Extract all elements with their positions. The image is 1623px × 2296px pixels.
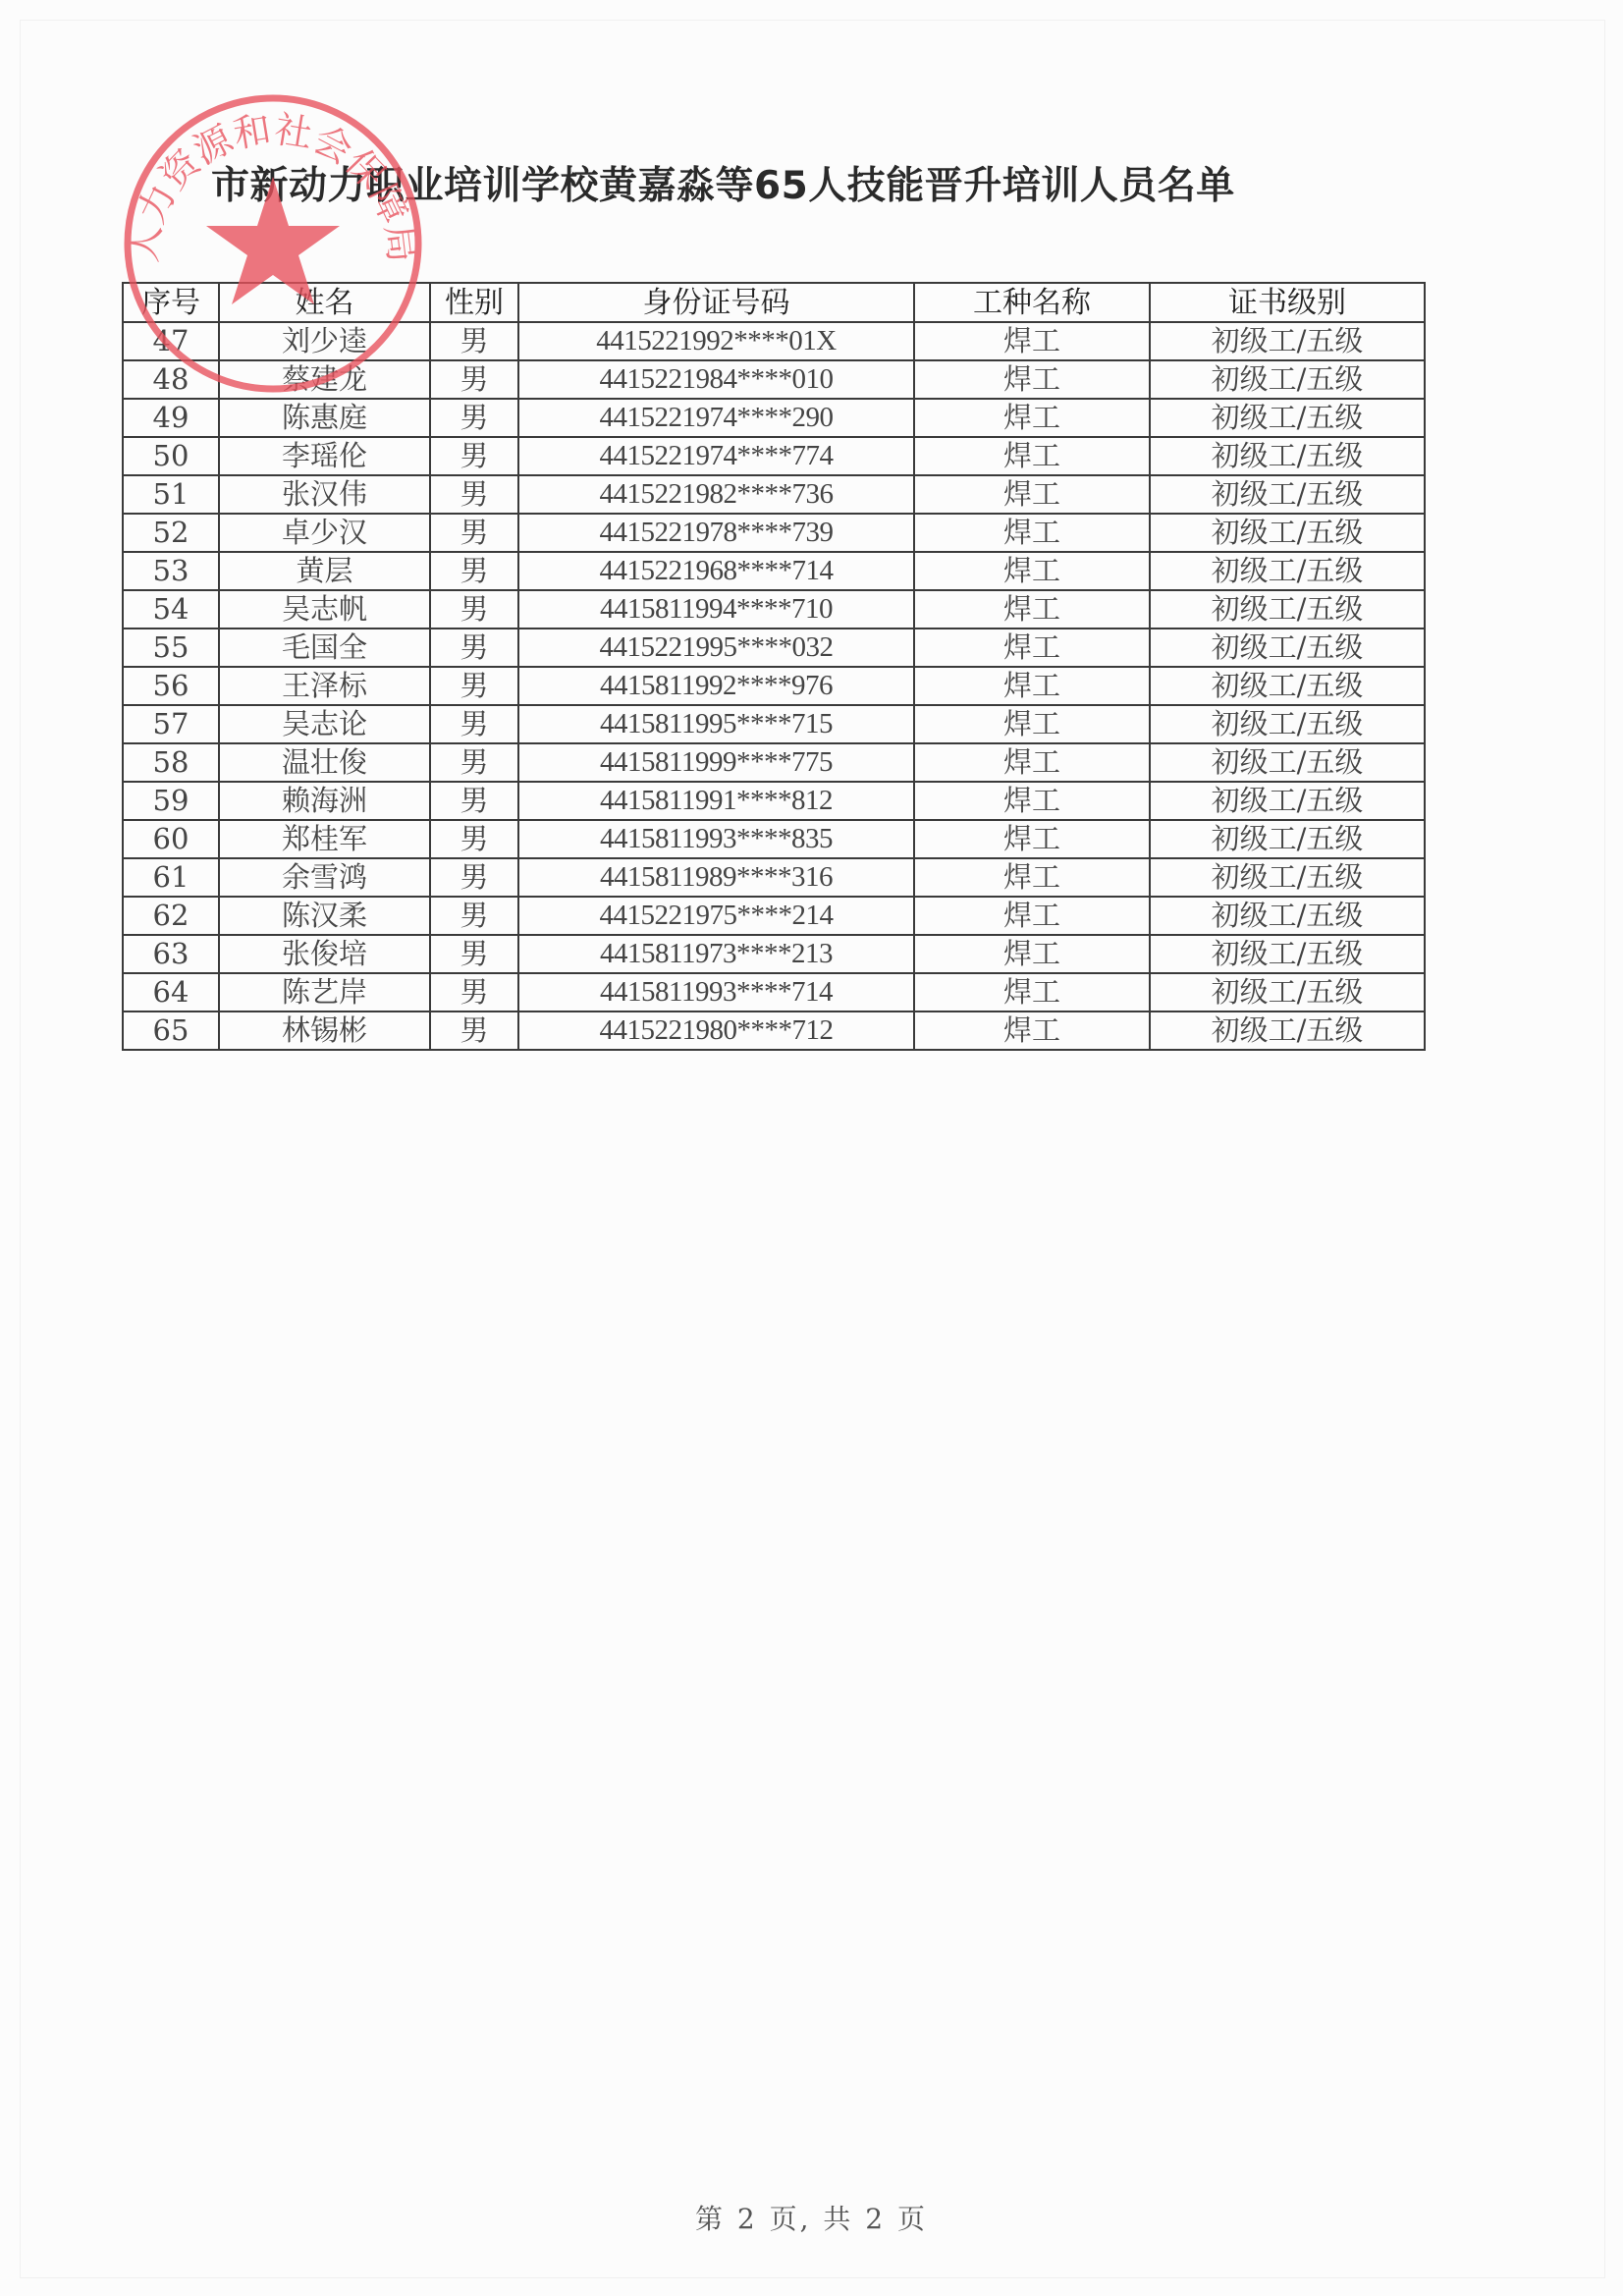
cell-name: 郑桂军 — [219, 820, 430, 858]
cell-seq: 59 — [123, 782, 219, 820]
cell-id-number: 4415811991****812 — [518, 782, 914, 820]
table-row: 60郑桂军男4415811993****835焊工初级工/五级 — [123, 820, 1425, 858]
cell-trade: 焊工 — [914, 935, 1150, 973]
cell-trade: 焊工 — [914, 1011, 1150, 1050]
cell-id-number: 4415221978****739 — [518, 514, 914, 552]
cell-trade: 焊工 — [914, 973, 1150, 1011]
cell-seq: 47 — [123, 322, 219, 360]
cell-trade: 焊工 — [914, 399, 1150, 437]
cell-cert-level: 初级工/五级 — [1150, 399, 1425, 437]
cell-seq: 53 — [123, 552, 219, 590]
table-row: 63张俊培男4415811973****213焊工初级工/五级 — [123, 935, 1425, 973]
cell-trade: 焊工 — [914, 360, 1150, 399]
table-row: 56王泽标男4415811992****976焊工初级工/五级 — [123, 667, 1425, 705]
cell-gender: 男 — [430, 399, 518, 437]
cell-name: 卓少汉 — [219, 514, 430, 552]
cell-cert-level: 初级工/五级 — [1150, 360, 1425, 399]
page-footer: 第 2 页, 共 2 页 — [0, 2198, 1623, 2237]
cell-seq: 49 — [123, 399, 219, 437]
table-row: 61余雪鸿男4415811989****316焊工初级工/五级 — [123, 858, 1425, 897]
header-trade: 工种名称 — [914, 283, 1150, 322]
cell-gender: 男 — [430, 590, 518, 629]
cell-gender: 男 — [430, 973, 518, 1011]
cell-trade: 焊工 — [914, 629, 1150, 667]
cell-name: 温壮俊 — [219, 743, 430, 782]
cell-cert-level: 初级工/五级 — [1150, 552, 1425, 590]
cell-name: 余雪鸿 — [219, 858, 430, 897]
cell-seq: 58 — [123, 743, 219, 782]
cell-seq: 61 — [123, 858, 219, 897]
cell-id-number: 4415221975****214 — [518, 897, 914, 935]
cell-id-number: 4415221982****736 — [518, 475, 914, 514]
cell-cert-level: 初级工/五级 — [1150, 973, 1425, 1011]
cell-id-number: 4415811999****775 — [518, 743, 914, 782]
cell-seq: 56 — [123, 667, 219, 705]
cell-name: 张俊培 — [219, 935, 430, 973]
header-id-number: 身份证号码 — [518, 283, 914, 322]
cell-cert-level: 初级工/五级 — [1150, 514, 1425, 552]
cell-trade: 焊工 — [914, 782, 1150, 820]
table-row: 55毛国全男4415221995****032焊工初级工/五级 — [123, 629, 1425, 667]
cell-id-number: 4415811993****835 — [518, 820, 914, 858]
cell-seq: 63 — [123, 935, 219, 973]
cell-seq: 57 — [123, 705, 219, 743]
cell-seq: 55 — [123, 629, 219, 667]
cell-name: 毛国全 — [219, 629, 430, 667]
cell-gender: 男 — [430, 437, 518, 475]
cell-cert-level: 初级工/五级 — [1150, 437, 1425, 475]
cell-gender: 男 — [430, 897, 518, 935]
cell-seq: 62 — [123, 897, 219, 935]
table-header-row: 序号 姓名 性别 身份证号码 工种名称 证书级别 — [123, 283, 1425, 322]
cell-id-number: 4415811992****976 — [518, 667, 914, 705]
header-cert-level: 证书级别 — [1150, 283, 1425, 322]
cell-trade: 焊工 — [914, 552, 1150, 590]
header-gender: 性别 — [430, 283, 518, 322]
cell-trade: 焊工 — [914, 437, 1150, 475]
table-row: 47刘少逵男4415221992****01X焊工初级工/五级 — [123, 322, 1425, 360]
table-body: 47刘少逵男4415221992****01X焊工初级工/五级48蔡建龙男441… — [123, 322, 1425, 1050]
header-name: 姓名 — [219, 283, 430, 322]
cell-id-number: 4415221980****712 — [518, 1011, 914, 1050]
cell-seq: 51 — [123, 475, 219, 514]
cell-seq: 52 — [123, 514, 219, 552]
cell-trade: 焊工 — [914, 743, 1150, 782]
cell-gender: 男 — [430, 360, 518, 399]
cell-gender: 男 — [430, 1011, 518, 1050]
cell-name: 黄层 — [219, 552, 430, 590]
cell-id-number: 4415221974****290 — [518, 399, 914, 437]
table-row: 54吴志帆男4415811994****710焊工初级工/五级 — [123, 590, 1425, 629]
cell-seq: 64 — [123, 973, 219, 1011]
cell-gender: 男 — [430, 935, 518, 973]
table-row: 53黄层男4415221968****714焊工初级工/五级 — [123, 552, 1425, 590]
cell-cert-level: 初级工/五级 — [1150, 322, 1425, 360]
cell-name: 林锡彬 — [219, 1011, 430, 1050]
cell-trade: 焊工 — [914, 820, 1150, 858]
cell-cert-level: 初级工/五级 — [1150, 705, 1425, 743]
cell-cert-level: 初级工/五级 — [1150, 475, 1425, 514]
cell-trade: 焊工 — [914, 590, 1150, 629]
cell-name: 陈汉柔 — [219, 897, 430, 935]
cell-id-number: 4415221974****774 — [518, 437, 914, 475]
table-row: 49陈惠庭男4415221974****290焊工初级工/五级 — [123, 399, 1425, 437]
table-row: 52卓少汉男4415221978****739焊工初级工/五级 — [123, 514, 1425, 552]
cell-cert-level: 初级工/五级 — [1150, 743, 1425, 782]
table-row: 64陈艺岸男4415811993****714焊工初级工/五级 — [123, 973, 1425, 1011]
cell-name: 张汉伟 — [219, 475, 430, 514]
cell-cert-level: 初级工/五级 — [1150, 629, 1425, 667]
document-title: 市新动力职业培训学校黄嘉淼等65人技能晋升培训人员名单 — [211, 155, 1235, 210]
cell-id-number: 4415221968****714 — [518, 552, 914, 590]
cell-id-number: 4415811993****714 — [518, 973, 914, 1011]
table-row: 58温壮俊男4415811999****775焊工初级工/五级 — [123, 743, 1425, 782]
header-seq: 序号 — [123, 283, 219, 322]
cell-name: 李瑶伦 — [219, 437, 430, 475]
cell-cert-level: 初级工/五级 — [1150, 897, 1425, 935]
cell-cert-level: 初级工/五级 — [1150, 935, 1425, 973]
table-row: 65林锡彬男4415221980****712焊工初级工/五级 — [123, 1011, 1425, 1050]
cell-trade: 焊工 — [914, 705, 1150, 743]
trainee-roster-table: 序号 姓名 性别 身份证号码 工种名称 证书级别 47刘少逵男441522199… — [122, 282, 1426, 1051]
cell-name: 吴志论 — [219, 705, 430, 743]
cell-trade: 焊工 — [914, 858, 1150, 897]
cell-trade: 焊工 — [914, 514, 1150, 552]
cell-trade: 焊工 — [914, 897, 1150, 935]
cell-name: 刘少逵 — [219, 322, 430, 360]
cell-id-number: 4415811994****710 — [518, 590, 914, 629]
cell-seq: 60 — [123, 820, 219, 858]
cell-id-number: 4415811989****316 — [518, 858, 914, 897]
cell-gender: 男 — [430, 552, 518, 590]
cell-trade: 焊工 — [914, 475, 1150, 514]
table-row: 62陈汉柔男4415221975****214焊工初级工/五级 — [123, 897, 1425, 935]
cell-gender: 男 — [430, 475, 518, 514]
cell-cert-level: 初级工/五级 — [1150, 820, 1425, 858]
cell-name: 王泽标 — [219, 667, 430, 705]
cell-seq: 48 — [123, 360, 219, 399]
cell-id-number: 4415221995****032 — [518, 629, 914, 667]
cell-gender: 男 — [430, 705, 518, 743]
cell-id-number: 4415811995****715 — [518, 705, 914, 743]
cell-id-number: 4415221984****010 — [518, 360, 914, 399]
cell-seq: 65 — [123, 1011, 219, 1050]
cell-name: 吴志帆 — [219, 590, 430, 629]
cell-gender: 男 — [430, 629, 518, 667]
cell-seq: 50 — [123, 437, 219, 475]
cell-seq: 54 — [123, 590, 219, 629]
cell-id-number: 4415221992****01X — [518, 322, 914, 360]
cell-name: 赖海洲 — [219, 782, 430, 820]
cell-cert-level: 初级工/五级 — [1150, 858, 1425, 897]
cell-id-number: 4415811973****213 — [518, 935, 914, 973]
cell-gender: 男 — [430, 514, 518, 552]
cell-cert-level: 初级工/五级 — [1150, 1011, 1425, 1050]
cell-gender: 男 — [430, 782, 518, 820]
cell-name: 蔡建龙 — [219, 360, 430, 399]
table-row: 51张汉伟男4415221982****736焊工初级工/五级 — [123, 475, 1425, 514]
cell-trade: 焊工 — [914, 667, 1150, 705]
cell-trade: 焊工 — [914, 322, 1150, 360]
cell-name: 陈惠庭 — [219, 399, 430, 437]
cell-cert-level: 初级工/五级 — [1150, 667, 1425, 705]
table-row: 57吴志论男4415811995****715焊工初级工/五级 — [123, 705, 1425, 743]
cell-gender: 男 — [430, 820, 518, 858]
cell-gender: 男 — [430, 858, 518, 897]
cell-gender: 男 — [430, 667, 518, 705]
cell-cert-level: 初级工/五级 — [1150, 590, 1425, 629]
table-row: 48蔡建龙男4415221984****010焊工初级工/五级 — [123, 360, 1425, 399]
table-row: 50李瑶伦男4415221974****774焊工初级工/五级 — [123, 437, 1425, 475]
cell-gender: 男 — [430, 743, 518, 782]
cell-name: 陈艺岸 — [219, 973, 430, 1011]
table-row: 59赖海洲男4415811991****812焊工初级工/五级 — [123, 782, 1425, 820]
cell-cert-level: 初级工/五级 — [1150, 782, 1425, 820]
cell-gender: 男 — [430, 322, 518, 360]
